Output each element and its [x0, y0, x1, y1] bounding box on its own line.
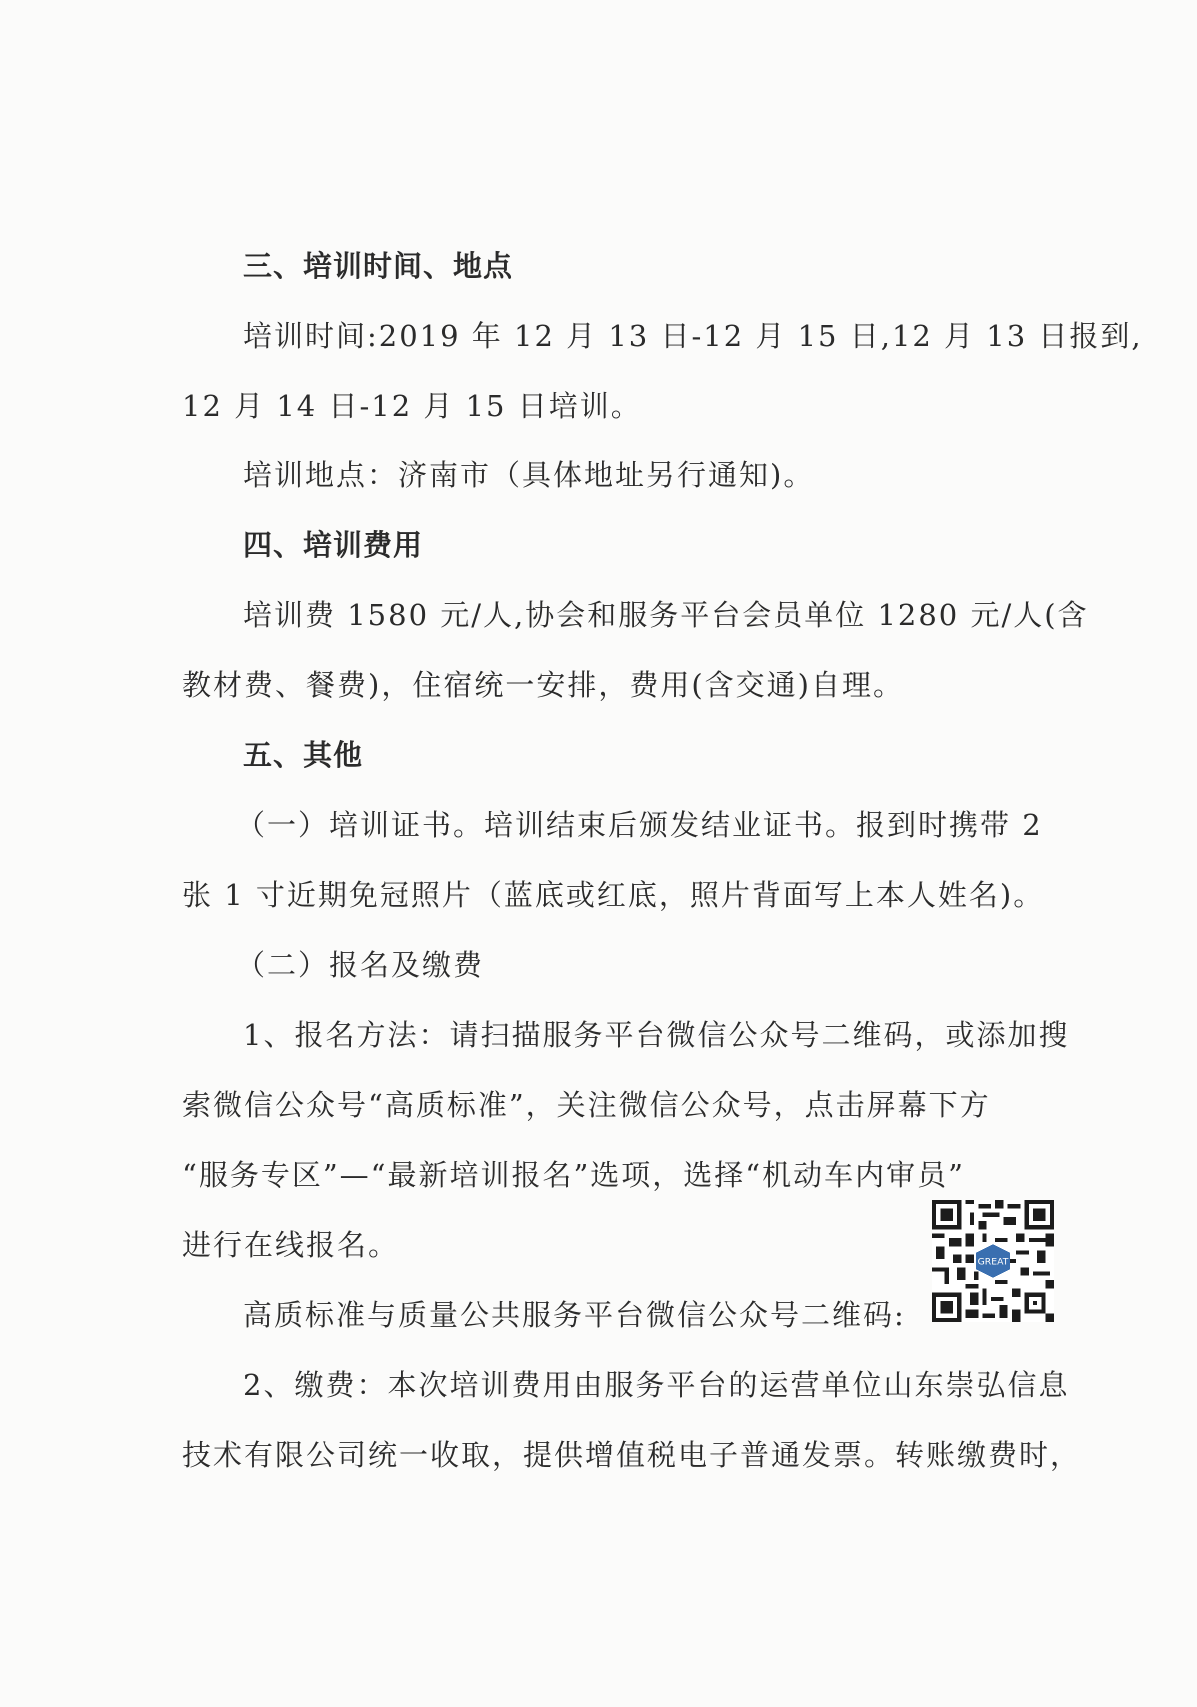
training-time-line-2: 12 月 14 日-12 月 15 日培训。 [182, 388, 642, 424]
registration-line-4: 进行在线报名。 [182, 1227, 399, 1263]
payment-line-2: 技术有限公司统一收取，提供增值税电子普通发票。转账缴费时， [182, 1437, 1081, 1473]
section-5-heading: 五、其他 [243, 737, 363, 773]
registration-line-2: 索微信公众号“高质标准”，关注微信公众号，点击屏幕下方 [182, 1087, 991, 1123]
qr-code-label: 高质标准与质量公共服务平台微信公众号二维码: [243, 1297, 906, 1333]
payment-line-1: 2、缴费：本次培训费用由服务平台的运营单位山东崇弘信息 [243, 1367, 1069, 1403]
qr-code-icon: GREAT [932, 1200, 1054, 1322]
training-time-line-1: 培训时间:2019 年 12 月 13 日-12 月 15 日,12 月 13 … [243, 318, 1143, 354]
section-3-heading: 三、培训时间、地点 [243, 248, 513, 284]
section-4-heading: 四、培训费用 [243, 527, 423, 563]
training-place: 培训地点：济南市（具体地址另行通知)。 [243, 457, 814, 493]
registration-line-3: “服务专区”—“最新培训报名”选项，选择“机动车内审员” [182, 1157, 965, 1193]
certificate-line-2: 张 1 寸近期免冠照片（蓝底或红底，照片背面写上本人姓名)。 [182, 877, 1044, 913]
svg-text:GREAT: GREAT [978, 1256, 1009, 1267]
registration-subheading: （二）报名及缴费 [236, 947, 484, 983]
training-fee-line-1: 培训费 1580 元/人,协会和服务平台会员单位 1280 元/人(含 [243, 597, 1089, 633]
registration-line-1: 1、报名方法：请扫描服务平台微信公众号二维码，或添加搜 [243, 1017, 1069, 1053]
training-fee-line-2: 教材费、餐费)，住宿统一安排，费用(含交通)自理。 [182, 667, 904, 703]
certificate-line-1: （一）培训证书。培训结束后颁发结业证书。报到时携带 2 [236, 807, 1043, 843]
